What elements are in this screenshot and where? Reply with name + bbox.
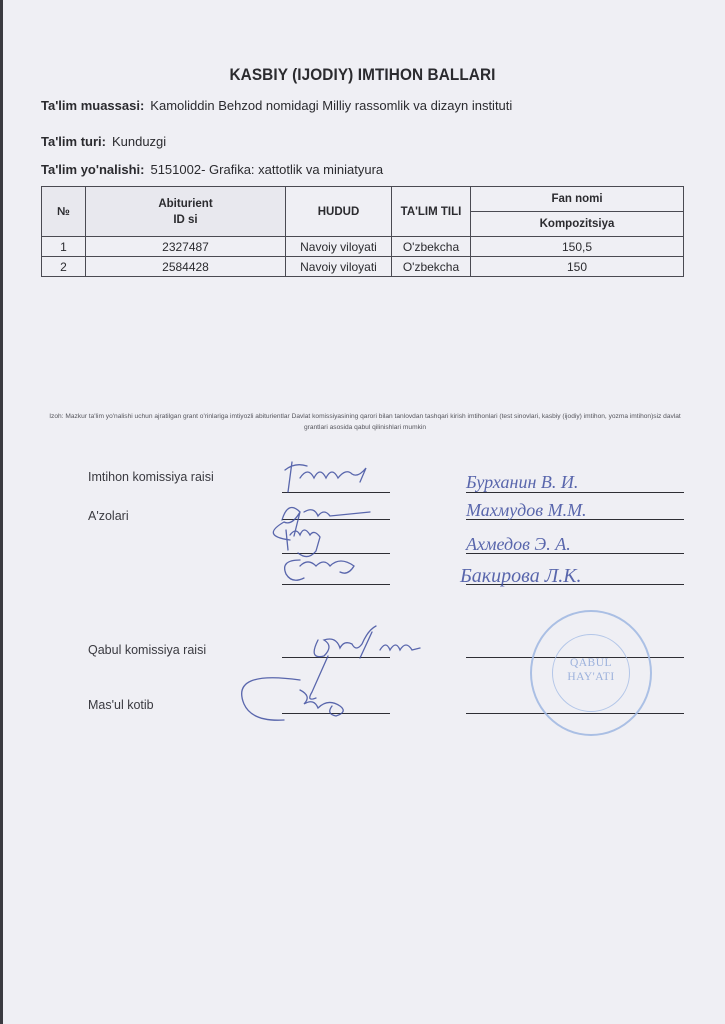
scores-table: № Abiturient ID si HUDUD TA'LIM TILI Fan… <box>41 186 684 277</box>
cell-language: O'zbekcha <box>392 257 471 277</box>
table-row: 2 2584428 Navoiy viloyati O'zbekcha 150 <box>42 257 684 277</box>
cell-score: 150,5 <box>471 237 684 257</box>
study-form-label: Ta'lim turi: <box>41 134 106 149</box>
header-applicant-id-line1: Abiturient <box>86 198 285 210</box>
signature-line <box>282 492 390 493</box>
stamp-text-line1: QABUL <box>532 657 650 669</box>
official-stamp: QABUL HAY'ATI <box>530 610 652 736</box>
cell-applicant-id: 2584428 <box>86 257 286 277</box>
name-line <box>466 553 684 554</box>
study-form-value: Kunduzgi <box>112 134 166 149</box>
name-line <box>466 584 684 585</box>
signature-member-3 <box>285 560 354 580</box>
document-title: KASBIY (IJODIY) IMTIHON BALLARI <box>25 66 699 85</box>
cell-number: 2 <box>42 257 86 277</box>
cell-language: O'zbekcha <box>392 237 471 257</box>
admission-chair-label: Qabul komissiya raisi <box>88 643 206 657</box>
study-form-line: Ta'lim turi:Kunduzgi <box>41 134 166 149</box>
header-region: HUDUD <box>286 187 392 237</box>
header-applicant-id: Abiturient ID si <box>86 187 286 237</box>
header-subject-group: Fan nomi <box>471 187 684 212</box>
exam-chair-label: Imtihon komissiya raisi <box>88 470 214 484</box>
cell-region: Navoiy viloyati <box>286 257 392 277</box>
cell-score: 150 <box>471 257 684 277</box>
direction-label: Ta'lim yo'nalishi: <box>41 162 144 177</box>
cell-applicant-id: 2327487 <box>86 237 286 257</box>
header-applicant-id-line2: ID si <box>86 214 285 226</box>
header-subject: Kompozitsiya <box>471 212 684 237</box>
table-row: 1 2327487 Navoiy viloyati O'zbekcha 150,… <box>42 237 684 257</box>
signature-exam-chair <box>285 462 366 492</box>
stamp-text-line2: HAY'ATI <box>532 671 650 683</box>
institution-line: Ta'lim muassasi:Kamoliddin Behzod nomida… <box>41 98 512 113</box>
exam-chair-name: Бурханин В. И. <box>465 472 578 492</box>
direction-line: Ta'lim yo'nalishi:5151002- Grafika: xatt… <box>41 162 383 177</box>
header-number: № <box>42 187 86 237</box>
header-language: TA'LIM TILI <box>392 187 471 237</box>
member-name-2: Ахмедов Э. А. <box>465 534 571 554</box>
signature-line <box>282 657 390 658</box>
signature-member-1 <box>273 508 370 541</box>
secretary-label: Mas'ul kotib <box>88 698 154 712</box>
signature-line <box>282 519 390 520</box>
institution-value: Kamoliddin Behzod nomidagi Milliy rassom… <box>150 98 512 113</box>
signature-line <box>282 553 390 554</box>
name-line <box>466 492 684 493</box>
members-label: A'zolari <box>88 509 129 523</box>
institution-label: Ta'lim muassasi: <box>41 98 144 113</box>
signature-line <box>282 713 390 714</box>
direction-value: 5151002- Grafika: xattotlik va miniatyur… <box>150 162 383 177</box>
member-name-1: Махмудов М.М. <box>465 500 587 520</box>
cell-region: Navoiy viloyati <box>286 237 392 257</box>
note-text: Izoh: Mazkur ta'lim yo'nalishi uchun ajr… <box>40 411 690 433</box>
signature-line <box>282 584 390 585</box>
page-edge <box>0 0 3 1024</box>
signature-admission-chair <box>310 626 420 699</box>
cell-number: 1 <box>42 237 86 257</box>
name-line <box>466 519 684 520</box>
